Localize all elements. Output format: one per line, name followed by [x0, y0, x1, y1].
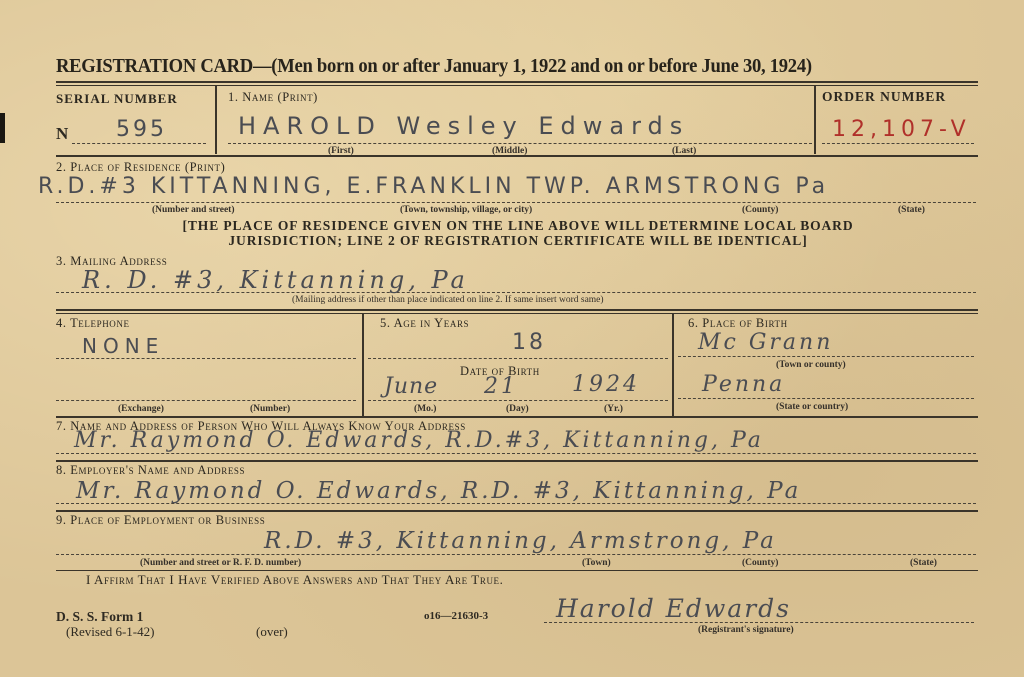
- dob-year[interactable]: 1924: [572, 372, 640, 397]
- serial-divider: [215, 86, 217, 154]
- telephone-line-2: [56, 400, 356, 401]
- serial-prefix: N: [56, 124, 68, 144]
- order-line: [822, 143, 974, 144]
- row1-rule: [56, 155, 978, 157]
- caption-rfd: (Number and street or R. F. D. number): [140, 558, 301, 568]
- telephone-value[interactable]: NONE: [82, 334, 164, 358]
- row3-rule-thin: [56, 313, 978, 314]
- signature-caption: (Registrant's signature): [698, 625, 794, 635]
- row4-rule: [56, 416, 978, 418]
- caption-street: (Number and street): [152, 205, 235, 215]
- row7-rule: [56, 460, 978, 462]
- caption-day: (Day): [506, 404, 529, 414]
- age-line: [368, 358, 668, 359]
- signature-line: [544, 622, 974, 623]
- residence-label: 2. Place of Residence (Print): [56, 160, 225, 175]
- birthplace-state-line: [678, 398, 974, 399]
- telephone-divider: [362, 314, 364, 416]
- caption-mo: (Mo.): [414, 404, 436, 414]
- birthplace-state[interactable]: Penna: [702, 372, 785, 397]
- caption-county: (County): [742, 205, 778, 215]
- form-revised: (Revised 6-1-42): [66, 624, 154, 640]
- form-number: D. S. S. Form 1: [56, 609, 143, 625]
- notice-line-2: JURISDICTION; LINE 2 OF REGISTRATION CER…: [112, 233, 924, 248]
- name-line: [228, 143, 812, 144]
- dob-line: [368, 400, 668, 401]
- over-note: (over): [256, 624, 288, 640]
- scan-edge-mark: [0, 113, 5, 143]
- birthplace-town[interactable]: Mc Grann: [698, 330, 833, 355]
- contact-person-value[interactable]: Mr. Raymond O. Edwards, R.D.#3, Kittanni…: [74, 428, 764, 453]
- telephone-label: 4. Telephone: [56, 316, 130, 331]
- registration-card: REGISTRATION CARD—(Men born on or after …: [52, 0, 976, 677]
- age-divider: [672, 314, 674, 416]
- title-rule-thin: [56, 85, 978, 86]
- age-label: 5. Age in Years: [380, 316, 469, 331]
- employment-place-line: [56, 554, 976, 555]
- employer-label: 8. Employer's Name and Address: [56, 463, 245, 478]
- caption-state: (State): [898, 205, 925, 215]
- caption-emp-county: (County): [742, 558, 778, 568]
- contact-person-line: [56, 453, 976, 454]
- residence-line: [56, 202, 976, 203]
- signature-value[interactable]: Harold Edwards: [556, 594, 791, 623]
- birthplace-town-line: [678, 356, 974, 357]
- row8-rule: [56, 510, 978, 512]
- name-label: 1. Name (Print): [228, 90, 318, 105]
- serial-line: [72, 143, 206, 144]
- telephone-line-1: [56, 358, 356, 359]
- employer-line: [56, 503, 976, 504]
- birthplace-label: 6. Place of Birth: [688, 316, 788, 331]
- order-number-value[interactable]: 12,107-V: [832, 117, 971, 142]
- print-code: o16—21630-3: [424, 610, 488, 622]
- row9-rule: [56, 570, 978, 571]
- serial-number-value[interactable]: 595: [116, 117, 167, 142]
- mailing-value[interactable]: R. D. #3, Kittanning, Pa: [82, 266, 469, 294]
- order-number-label: ORDER NUMBER: [822, 89, 946, 105]
- caption-state-or-country: (State or country): [776, 402, 848, 412]
- caption-emp-town: (Town): [582, 558, 611, 568]
- serial-number-label: SERIAL NUMBER: [56, 91, 178, 107]
- employment-place-label: 9. Place of Employment or Business: [56, 513, 265, 528]
- caption-exchange: (Exchange): [118, 404, 164, 414]
- caption-number: (Number): [250, 404, 290, 414]
- notice-line-1: [THE PLACE OF RESIDENCE GIVEN ON THE LIN…: [112, 218, 924, 233]
- employment-place-value[interactable]: R.D. #3, Kittanning, Armstrong, Pa: [264, 528, 777, 554]
- dob-month[interactable]: June: [384, 374, 438, 399]
- residence-value[interactable]: R.D.#3 KITTANNING, E.FRANKLIN TWP. ARMST…: [38, 174, 829, 199]
- caption-town: (Town, township, village, or city): [400, 205, 532, 215]
- age-value[interactable]: 18: [512, 330, 546, 355]
- mailing-caption: (Mailing address if other than place ind…: [292, 295, 604, 305]
- affirmation-text: I Affirm That I Have Verified Above Answ…: [86, 572, 504, 588]
- jurisdiction-notice: [THE PLACE OF RESIDENCE GIVEN ON THE LIN…: [112, 218, 924, 248]
- order-divider: [814, 86, 816, 154]
- row3-rule: [56, 309, 978, 311]
- employer-value[interactable]: Mr. Raymond O. Edwards, R.D. #3, Kittann…: [76, 478, 801, 504]
- title-rule: [56, 81, 978, 83]
- caption-yr: (Yr.): [604, 404, 623, 414]
- dob-day[interactable]: 21: [484, 374, 518, 399]
- name-value[interactable]: HAROLD Wesley Edwards: [238, 112, 689, 140]
- caption-emp-state: (State): [910, 558, 937, 568]
- card-title: REGISTRATION CARD—(Men born on or after …: [56, 55, 812, 78]
- caption-town-or-county: (Town or county): [776, 360, 846, 370]
